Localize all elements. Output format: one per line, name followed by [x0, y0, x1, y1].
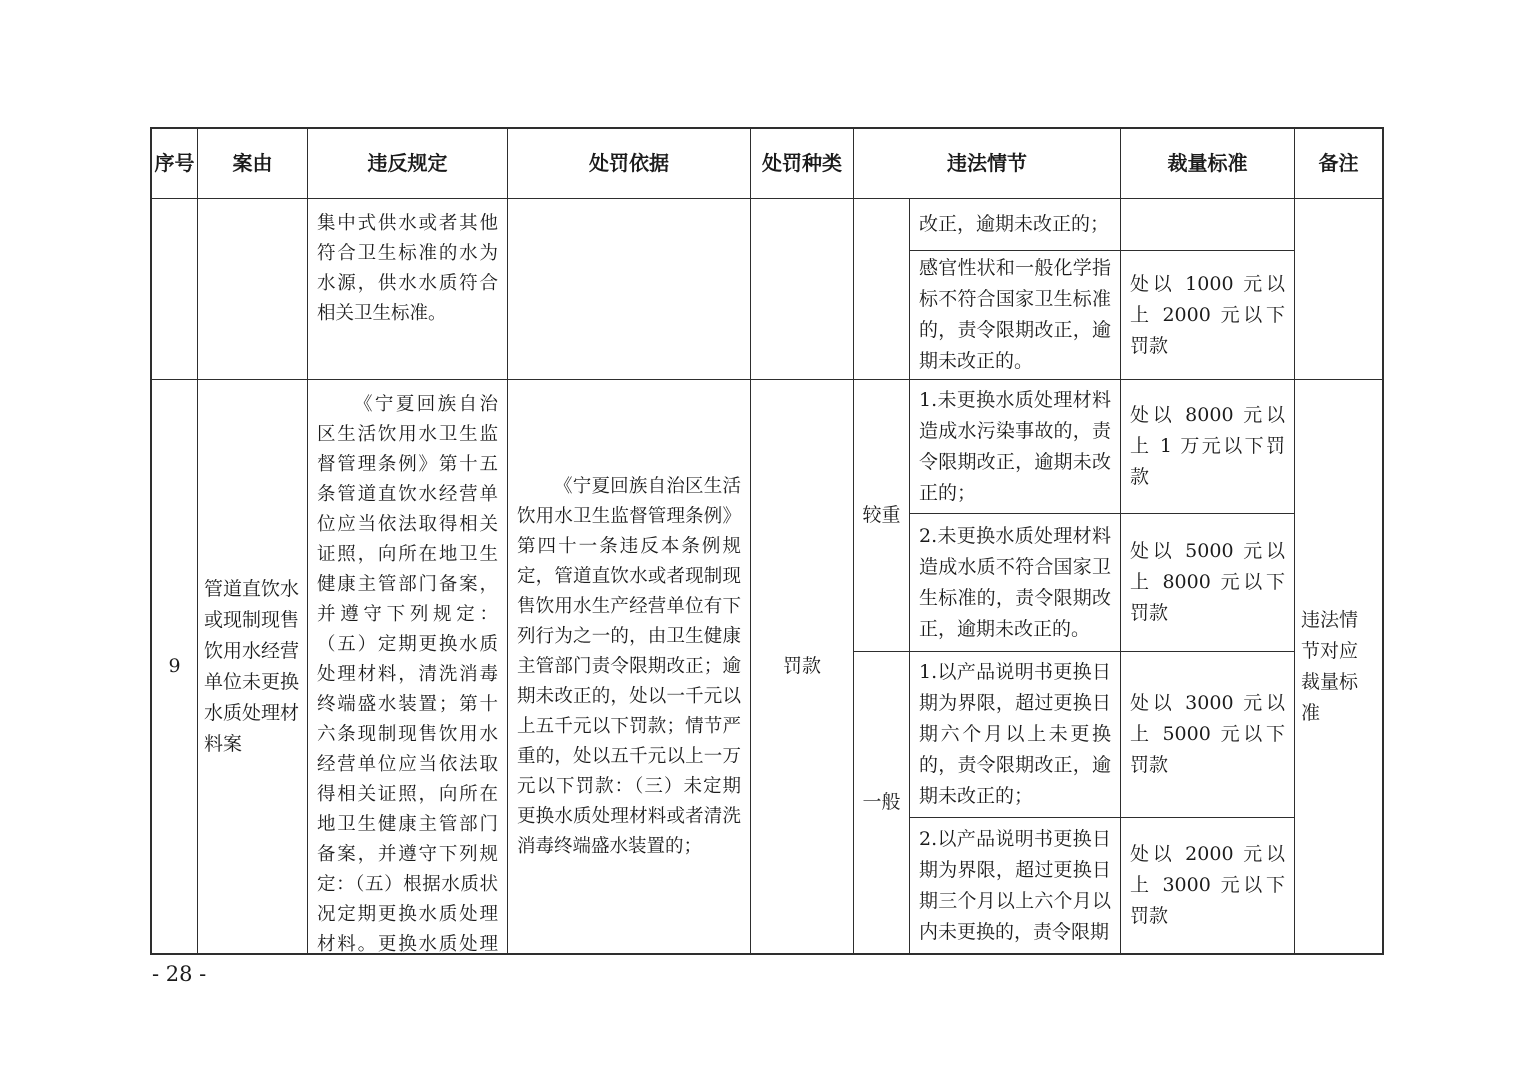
row9-heavier-standard-1: 处以 8000 元以上 1 万元以下罚款 — [1121, 380, 1294, 513]
row9-remark: 违法情节对应裁量标准 — [1295, 380, 1382, 953]
row9-case-cause: 管道直饮水或现制现售饮用水经营单位未更换水质处理材料案 — [198, 380, 307, 953]
row9-severity-general: 一般 — [854, 652, 909, 953]
prev-violated-rule: 集中式供水或者其他符合卫生标准的水为水源，供水水质符合相关卫生标准。 — [308, 199, 507, 379]
header-illegal-circumstance: 违法情节 — [854, 129, 1120, 198]
document-page: { "page": { "page_number": "- 28 -" }, "… — [0, 0, 1520, 1074]
penalty-discretion-table: 序号 案由 违反规定 处罚依据 处罚种类 违法情节 裁量标准 备注 集中式供水或… — [150, 127, 1384, 955]
row9-general-circumstance-1: 1.以产品说明书更换日期为界限，超过更换日期六个月以上未更换的，责令限期改正，逾… — [910, 652, 1120, 817]
row9-seq-no: 9 — [152, 380, 197, 953]
row9-penalty-type: 罚款 — [751, 380, 853, 953]
row9-general-standard-1: 处以 3000 元以上 5000 元以下罚款 — [1121, 652, 1294, 817]
prev-seq-empty — [152, 199, 197, 379]
prev-penalty-type-empty — [751, 199, 853, 379]
header-penalty-basis: 处罚依据 — [508, 129, 750, 198]
page-number: - 28 - — [152, 962, 206, 986]
header-case-cause: 案由 — [198, 129, 307, 198]
row9-general-standard-2: 处以 2000 元以上 3000 元以下罚款 — [1121, 818, 1294, 953]
prev-standard-2: 处以 1000 元以上 2000 元以下罚款 — [1121, 251, 1294, 379]
header-penalty-type: 处罚种类 — [751, 129, 853, 198]
row9-heavier-standard-2: 处以 5000 元以上 8000 元以下罚款 — [1121, 514, 1294, 651]
row9-violated-rule: 《宁夏回族自治区生活饮用水卫生监督管理条例》第十五条管道直饮水经营单位应当依法取… — [308, 380, 507, 953]
prev-penalty-basis-empty — [508, 199, 750, 379]
header-remark: 备注 — [1295, 129, 1382, 198]
prev-case-empty — [198, 199, 307, 379]
prev-circumstance-1: 改正，逾期未改正的； — [910, 199, 1120, 250]
row9-general-circumstance-2: 2.以产品说明书更换日期为界限，超过更换日期三个月以上六个月以内未更换的，责令限… — [910, 818, 1120, 953]
prev-standard-1-empty — [1121, 199, 1294, 250]
row9-heavier-circumstance-1: 1.未更换水质处理材料造成水污染事故的，责令限期改正，逾期未改正的； — [910, 380, 1120, 513]
header-seq-no: 序号 — [152, 129, 197, 198]
row9-penalty-basis: 《宁夏回族自治区生活饮用水卫生监督管理条例》第四十一条违反本条例规定，管道直饮水… — [508, 380, 750, 953]
prev-severity-empty — [854, 199, 909, 379]
row9-severity-heavier: 较重 — [854, 380, 909, 651]
row9-heavier-circumstance-2: 2.未更换水质处理材料造成水质不符合国家卫生标准的，责令限期改正，逾期未改正的。 — [910, 514, 1120, 651]
prev-remark-empty — [1295, 199, 1382, 379]
header-discretion-standard: 裁量标准 — [1121, 129, 1294, 198]
header-violated-rule: 违反规定 — [308, 129, 507, 198]
prev-circumstance-2: 感官性状和一般化学指标不符合国家卫生标准的，责令限期改正，逾期未改正的。 — [910, 251, 1120, 379]
